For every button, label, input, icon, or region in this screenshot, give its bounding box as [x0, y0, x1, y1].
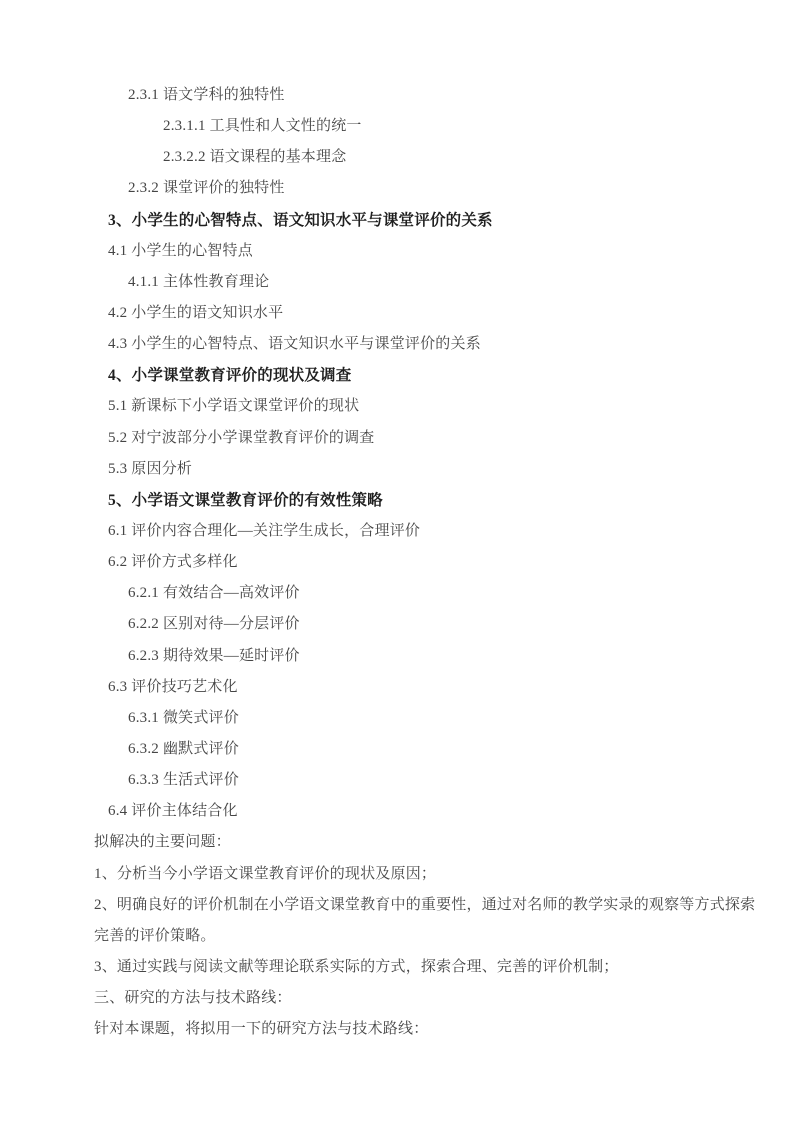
- outline-item: 6.2.2 区别对待—分层评价: [128, 609, 733, 640]
- outline-item: 6.2.1 有效结合—高效评价: [128, 578, 733, 609]
- outline-item: 5.2 对宁波部分小学课堂教育评价的调查: [108, 423, 733, 454]
- outline-item: 4.1 小学生的心智特点: [108, 236, 733, 267]
- outline-item: 6.3.2 幽默式评价: [128, 734, 733, 765]
- outline-item: 5.1 新课标下小学语文课堂评价的现状: [108, 391, 733, 422]
- paragraph-line: 拟解决的主要问题：: [94, 827, 733, 858]
- outline-item: 2.3.1.1 工具性和人文性的统一: [163, 111, 733, 142]
- outline-item: 6.3.1 微笑式评价: [128, 703, 733, 734]
- outline-heading: 4、小学课堂教育评价的现状及调查: [108, 360, 733, 391]
- outline-item: 4.3 小学生的心智特点、语文知识水平与课堂评价的关系: [108, 329, 733, 360]
- outline-item: 4.1.1 主体性教育理论: [128, 267, 733, 298]
- outline-item: 5.3 原因分析: [108, 454, 733, 485]
- outline-item: 6.2 评价方式多样化: [108, 547, 733, 578]
- paragraph-line: 1、分析当今小学语文课堂教育评价的现状及原因；: [94, 859, 733, 890]
- paragraph-line: 2、明确良好的评价机制在小学语文课堂教育中的重要性，通过对名师的教学实录的观察等…: [94, 890, 733, 921]
- outline-item: 4.2 小学生的语文知识水平: [108, 298, 733, 329]
- paragraph-line: 针对本课题，将拟用一下的研究方法与技术路线：: [94, 1014, 733, 1045]
- document-page: 2.3.1 语文学科的独特性2.3.1.1 工具性和人文性的统一2.3.2.2 …: [0, 0, 793, 1122]
- outline-item: 6.2.3 期待效果—延时评价: [128, 641, 733, 672]
- paragraph-line: 三、研究的方法与技术路线：: [94, 983, 733, 1014]
- outline-heading: 5、小学语文课堂教育评价的有效性策略: [108, 485, 733, 516]
- outline-item: 2.3.2 课堂评价的独特性: [128, 173, 733, 204]
- outline-item: 6.4 评价主体结合化: [108, 796, 733, 827]
- outline-item: 6.1 评价内容合理化—关注学生成长，合理评价: [108, 516, 733, 547]
- outline-heading: 3、小学生的心智特点、语文知识水平与课堂评价的关系: [108, 205, 733, 236]
- outline-item: 2.3.2.2 语文课程的基本理念: [163, 142, 733, 173]
- outline-item: 2.3.1 语文学科的独特性: [128, 80, 733, 111]
- outline-item: 6.3.3 生活式评价: [128, 765, 733, 796]
- paragraph-line: 完善的评价策略。: [94, 921, 733, 952]
- outline-item: 6.3 评价技巧艺术化: [108, 672, 733, 703]
- paragraph-line: 3、通过实践与阅读文献等理论联系实际的方式，探索合理、完善的评价机制；: [94, 952, 733, 983]
- document-body: 2.3.1 语文学科的独特性2.3.1.1 工具性和人文性的统一2.3.2.2 …: [94, 80, 733, 1045]
